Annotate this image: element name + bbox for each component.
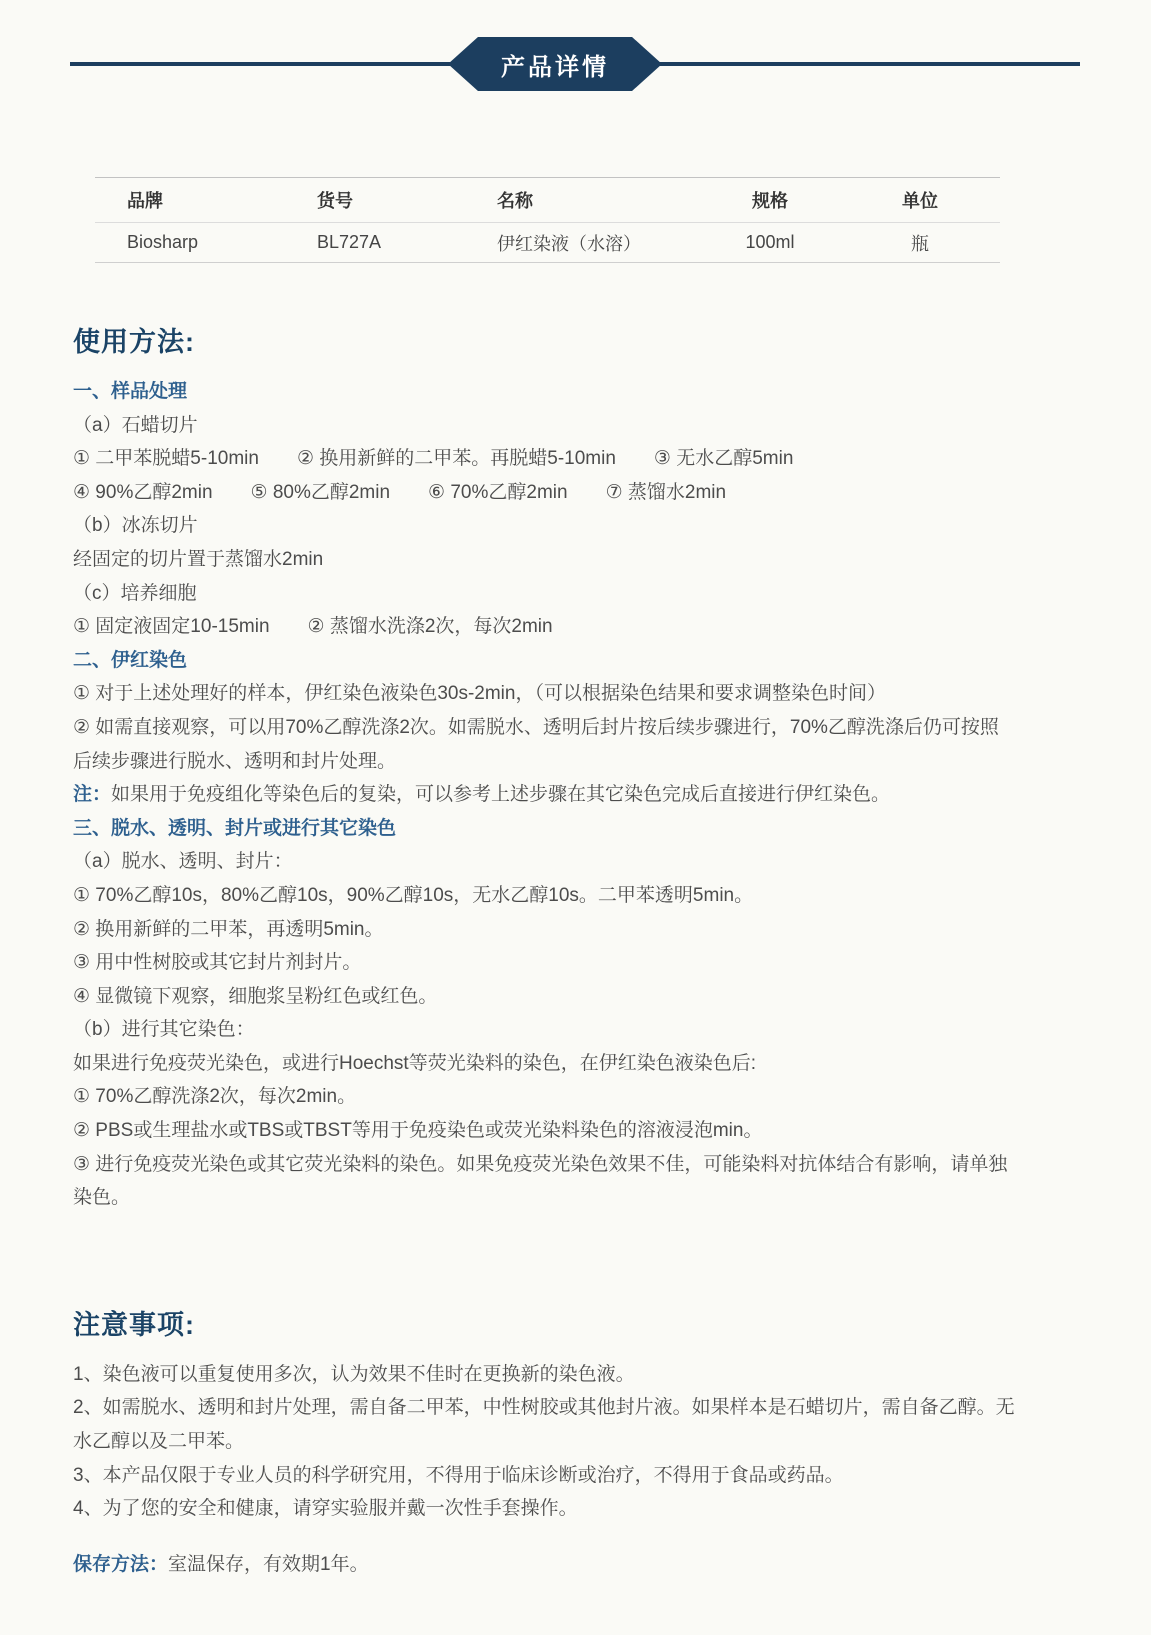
usage-line: ① 固定液固定10-15min ② 蒸馏水洗涤2次，每次2min — [73, 610, 1083, 644]
cell-brand: Biosharp — [95, 223, 285, 263]
usage-section-2-title: 二、伊红染色 — [73, 644, 1083, 678]
col-header-unit: 单位 — [840, 178, 1000, 223]
usage-heading: 使用方法: — [73, 325, 1083, 359]
document-body: 使用方法: 一、样品处理 （a）石蜡切片 ① 二甲苯脱蜡5-10min ② 换用… — [73, 325, 1083, 1581]
usage-line: （b）冰冻切片 — [73, 509, 1083, 543]
usage-line: ④ 显微镜下观察，细胞浆呈粉红色或红色。 — [73, 980, 1083, 1014]
cell-spec: 100ml — [700, 223, 840, 263]
cell-catalog: BL727A — [285, 223, 465, 263]
usage-section-3-title: 三、脱水、透明、封片或进行其它染色 — [73, 812, 1083, 846]
notice-item: 1、染色液可以重复使用多次，认为效果不佳时在更换新的染色液。 — [73, 1358, 1083, 1392]
usage-line: ③ 进行免疫荧光染色或其它荧光染料的染色。如果免疫荧光染色效果不佳，可能染料对抗… — [73, 1148, 1083, 1215]
notices-heading: 注意事项: — [73, 1308, 1083, 1342]
usage-line: （c）培养细胞 — [73, 577, 1083, 611]
usage-line: 经固定的切片置于蒸馏水2min — [73, 543, 1083, 577]
usage-line: ① 70%乙醇10s，80%乙醇10s，90%乙醇10s，无水乙醇10s。二甲苯… — [73, 879, 1083, 913]
note-label: 注： — [73, 784, 111, 805]
page-title-badge: 产品详情 — [448, 37, 662, 91]
usage-line: ① 二甲苯脱蜡5-10min ② 换用新鲜的二甲苯。再脱蜡5-10min ③ 无… — [73, 442, 1083, 476]
notice-item: 4、为了您的安全和健康，请穿实验服并戴一次性手套操作。 — [73, 1492, 1083, 1526]
usage-line: （a）脱水、透明、封片： — [73, 845, 1083, 879]
product-info-table: 品牌 货号 名称 规格 单位 Biosharp BL727A 伊红染液（水溶） … — [95, 177, 1000, 263]
usage-line: ④ 90%乙醇2min ⑤ 80%乙醇2min ⑥ 70%乙醇2min ⑦ 蒸馏… — [73, 476, 1083, 510]
usage-line: ① 70%乙醇洗涤2次，每次2min。 — [73, 1080, 1083, 1114]
usage-line: ② 如需直接观察，可以用70%乙醇洗涤2次。如需脱水、透明后封片按后续步骤进行，… — [73, 711, 1083, 778]
notice-item: 2、如需脱水、透明和封片处理，需自备二甲苯，中性树胶或其他封片液。如果样本是石蜡… — [73, 1391, 1083, 1458]
note-text: 如果用于免疫组化等染色后的复染，可以参考上述步骤在其它染色完成后直接进行伊红染色… — [111, 784, 890, 805]
col-header-catalog: 货号 — [285, 178, 465, 223]
cell-unit: 瓶 — [840, 223, 1000, 263]
usage-line: 如果进行免疫荧光染色，或进行Hoechst等荧光染料的染色，在伊红染色液染色后: — [73, 1047, 1083, 1081]
page-title: 产品详情 — [501, 47, 609, 82]
col-header-spec: 规格 — [700, 178, 840, 223]
product-detail-page: 产品详情 品牌 货号 名称 规格 单位 Biosharp BL727A 伊红染液… — [0, 0, 1151, 1635]
usage-line: ② 换用新鲜的二甲苯，再透明5min。 — [73, 913, 1083, 947]
usage-line: ③ 用中性树胶或其它封片剂封片。 — [73, 946, 1083, 980]
table-header-row: 品牌 货号 名称 规格 单位 — [95, 178, 1000, 223]
storage-line: 保存方法：室温保存，有效期1年。 — [73, 1548, 1083, 1582]
usage-section-1-title: 一、样品处理 — [73, 375, 1083, 409]
usage-line: （a）石蜡切片 — [73, 409, 1083, 443]
usage-line: ① 对于上述处理好的样本，伊红染色液染色30s-2min，（可以根据染色结果和要… — [73, 677, 1083, 711]
notice-item: 3、本产品仅限于专业人员的科学研究用，不得用于临床诊断或治疗，不得用于食品或药品… — [73, 1459, 1083, 1493]
table-row: Biosharp BL727A 伊红染液（水溶） 100ml 瓶 — [95, 223, 1000, 263]
col-header-brand: 品牌 — [95, 178, 285, 223]
col-header-name: 名称 — [465, 178, 700, 223]
usage-line: ② PBS或生理盐水或TBS或TBST等用于免疫染色或荧光染料染色的溶液浸泡mi… — [73, 1114, 1083, 1148]
storage-label: 保存方法： — [73, 1554, 168, 1575]
section-header-band: 产品详情 — [0, 37, 1151, 91]
storage-text: 室温保存，有效期1年。 — [168, 1554, 369, 1575]
cell-name: 伊红染液（水溶） — [465, 223, 700, 263]
usage-note-line: 注：如果用于免疫组化等染色后的复染，可以参考上述步骤在其它染色完成后直接进行伊红… — [73, 778, 1083, 812]
usage-line: （b）进行其它染色： — [73, 1013, 1083, 1047]
